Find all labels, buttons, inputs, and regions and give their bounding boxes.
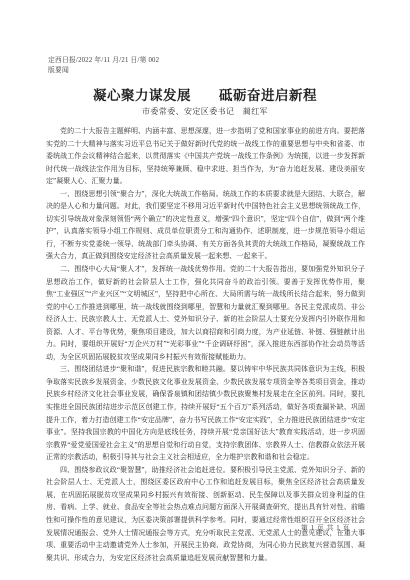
paragraph-intro: 党的二十大报告主题鲜明、内涵丰富、思想深邃，进一步指明了党和国家事业的前进方向。… (46, 125, 365, 188)
paragraph-section-2: 二、围绕中心大局“聚人才”，发挥统一战线优势作用。党的二十大报告指出，要加强党外… (46, 263, 365, 363)
paragraph-section-3: 三、围绕团结进步“聚和谐”，促进民族宗教和睦共融。要以铸牢中华民族共同体意识为主… (46, 363, 365, 463)
article-body: 党的二十大报告主题鲜明、内涵丰富、思想深邃，进一步指明了党和国家事业的前进方向。… (46, 125, 365, 564)
paragraph-section-1: 一、围绕思想引领“聚合力”，深化大统战工作格局。统战工作的本质要求就是大团结、大… (46, 188, 365, 263)
page-number: 第 1 页 共 1 页 (301, 522, 350, 532)
newspaper-article-page: 定西日报/2022 年/11 月/21 日/第 002 版要闻 凝心聚力谋发展 … (0, 0, 410, 580)
article-title: 凝心聚力谋发展 砥砺奋进启新程 (0, 84, 410, 104)
paragraph-section-4: 四、围绕参政议政“聚智慧”，助推经济社会追赶进位。要积极引导民主党派、党外知识分… (46, 464, 365, 564)
publication-meta-line1: 定西日报/2022 年/11 月/21 日/第 002 (48, 56, 159, 66)
publication-meta: 定西日报/2022 年/11 月/21 日/第 002 版要闻 (48, 56, 159, 75)
publication-meta-line2: 版要闻 (48, 66, 159, 76)
article-byline: 市委常委、安定区委书记 蔺红军 (0, 106, 410, 117)
